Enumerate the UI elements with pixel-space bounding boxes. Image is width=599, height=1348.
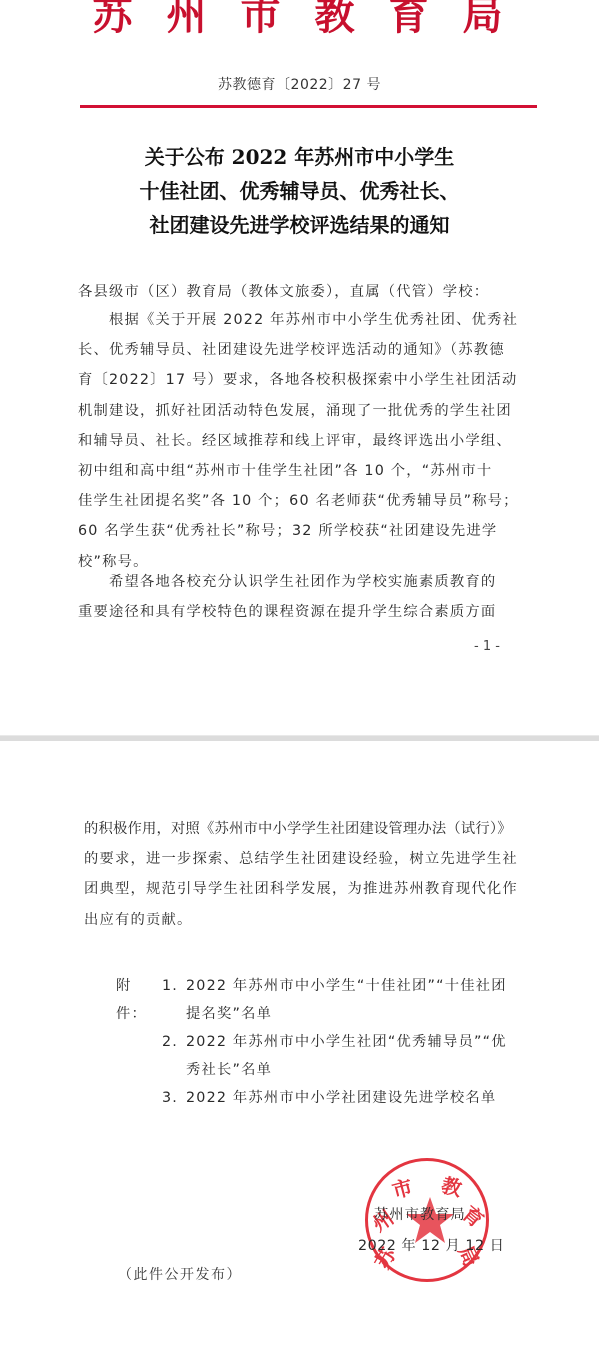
attachment-number: 1.	[162, 972, 178, 1000]
text-line: 的积极作用，对照《苏州市中小学学生社团建设管理办法（试行）》	[84, 814, 544, 844]
title-line: 社团建设先进学校评选结果的通知	[0, 208, 599, 242]
red-divider-rule	[80, 105, 537, 108]
attachment-text: 2022 年苏州市中小学社团建设先进学校名单	[186, 1084, 496, 1112]
public-release-note: （此件公开发布）	[118, 1264, 242, 1284]
text-line: 团典型，规范引导学生社团科学发展，为推进苏州教育现代化作	[84, 874, 544, 904]
text-line: 重要途径和具有学校特色的课程资源在提升学生综合素质方面	[78, 597, 538, 627]
text-line: 出应有的贡献。	[84, 905, 544, 935]
issue-date: 2022 年 12 月 12 日	[358, 1235, 504, 1255]
title-line: 十佳社团、优秀辅导员、优秀社长、	[0, 174, 599, 208]
page-separator	[0, 735, 599, 741]
body-paragraph-3: 的积极作用，对照《苏州市中小学学生社团建设管理办法（试行）》 的要求，进一步探索…	[84, 814, 544, 935]
text-line: 希望各地各校充分认识学生社团作为学校实施素质教育的	[78, 567, 538, 597]
text-line: 和辅导员、社长。经区域推荐和线上评审，最终评选出小学组、	[78, 426, 538, 456]
attachment-text: 秀社长”名单	[186, 1056, 272, 1084]
text-line: 根据《关于开展 2022 年苏州市中小学生优秀社团、优秀社	[78, 305, 538, 335]
text-line: 佳学生社团提名奖”各 10 个；60 名老师获“优秀辅导员”称号；	[78, 486, 538, 516]
text-line: 初中组和高中组“苏州市十佳学生社团”各 10 个，“苏州市十	[78, 456, 538, 486]
text-line: 长、优秀辅导员、社团建设先进学校评选活动的通知》（苏教德	[78, 335, 538, 365]
issuer-signature: 苏州市教育局	[374, 1204, 466, 1224]
salutation: 各县级市（区）教育局（教体文旅委），直属（代管）学校：	[78, 281, 489, 301]
attachment-number: 2.	[162, 1028, 178, 1056]
text-line: 的要求，进一步探索、总结学生社团建设经验，树立先进学生社	[84, 844, 544, 874]
text-line: 60 名学生获“优秀社长”称号；32 所学校获“社团建设先进学	[78, 516, 538, 546]
document-number: 苏教德育〔2022〕27 号	[0, 74, 599, 94]
text-line: 育〔2022〕17 号）要求，各地各校积极探索中小学生社团活动	[78, 365, 538, 395]
document-page-1: 苏州市教育局 苏教德育〔2022〕27 号 关于公布 2022 年苏州市中小学生…	[0, 0, 599, 735]
body-paragraph-2: 希望各地各校充分认识学生社团作为学校实施素质教育的 重要途径和具有学校特色的课程…	[78, 567, 538, 627]
body-paragraph-1: 根据《关于开展 2022 年苏州市中小学生优秀社团、优秀社 长、优秀辅导员、社团…	[78, 305, 538, 577]
seal-char: 市	[389, 1171, 416, 1204]
attachment-number: 3.	[162, 1084, 178, 1112]
document-title: 关于公布 2022 年苏州市中小学生 十佳社团、优秀辅导员、优秀社长、 社团建设…	[0, 140, 599, 242]
text-line: 机制建设，抓好社团活动特色发展，涌现了一批优秀的学生社团	[78, 396, 538, 426]
page-number: - 1 -	[474, 639, 500, 654]
attachment-text: 2022 年苏州市中小学生“十佳社团”“十佳社团	[186, 972, 507, 1000]
attachment-text: 2022 年苏州市中小学生社团“优秀辅导员”“优	[186, 1028, 507, 1056]
issuer-masthead: 苏州市教育局	[0, 0, 599, 41]
attachment-text: 提名奖”名单	[186, 1000, 272, 1028]
attachments-label: 附件：	[116, 972, 147, 1028]
seal-char: 教	[439, 1169, 466, 1202]
title-line: 关于公布 2022 年苏州市中小学生	[0, 140, 599, 174]
